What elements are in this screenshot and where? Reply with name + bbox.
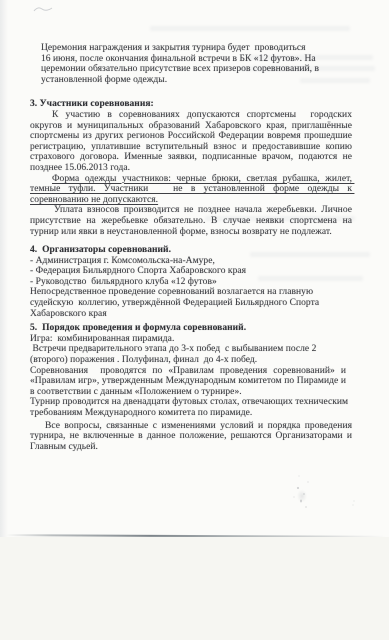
section-4-heading: 4. Организаторы соревнований. (30, 245, 352, 256)
intro-line: церемонии обязательно присутствие всех п… (41, 64, 352, 75)
document-text: Церемония награждения и закрытия турнира… (30, 43, 352, 452)
tables-line: Турнир проводится на двенадцати футовых … (30, 397, 366, 408)
section-3-paragraph-dresscode: Форма одежды участников: черные брюки, с… (30, 174, 352, 206)
intro-paragraph: Церемония награждения и закрытия турнира… (41, 43, 352, 85)
organizer-item: - Федерация Бильярдного Спорта Хабаровск… (30, 266, 352, 277)
game-line: Игра: комбинированная пирамида. (30, 334, 352, 345)
section-5-paragraph-final: Все вопросы, связанные с изменениями усл… (30, 421, 352, 453)
intro-line: Церемония награждения и закрытия турнира… (41, 43, 352, 54)
format-line: Встречи предварительного этапа до 3-х по… (30, 344, 352, 355)
scanned-document: Церемония награждения и закрытия турнира… (0, 0, 389, 640)
section-3-heading: 3. Участники соревнования: (30, 99, 352, 110)
section-5-paragraph-format: Встречи предварительного этапа до 3-х по… (30, 344, 352, 365)
organizer-item: - Руководство бильярдного клуба «12 футо… (30, 277, 352, 288)
section-4-note-line: Хабаровского края (30, 309, 352, 320)
speck-mark (352, 500, 356, 506)
intro-line: установленной форме одежды. (41, 75, 352, 86)
section-4-note: Непосредственное проведение соревнований… (30, 287, 352, 319)
section-5-paragraph-rules: Соревнования проводятся по «Правилам про… (30, 366, 346, 398)
section-4-note-line: Непосредственное проведение соревнований… (30, 287, 352, 298)
document-page: Церемония награждения и закрытия турнира… (0, 0, 389, 537)
section-3-paragraph-eligibility: К участию в соревнованиях допускаются сп… (30, 110, 352, 174)
pencil-mark (32, 1, 56, 19)
scanner-background (0, 537, 389, 640)
section-5-heading: 5. Порядок проведения и формула соревнов… (30, 323, 352, 334)
section-4-note-line: судейскую коллегию, утверждённой Федерац… (30, 298, 352, 309)
tables-line: требованиям Международного комитета по п… (30, 408, 352, 419)
section-5-paragraph-tables: Турнир проводится на двенадцати футовых … (30, 397, 352, 418)
intro-line: 16 июня, после окончания финальной встре… (41, 54, 352, 65)
bleedthrough-mark (150, 26, 350, 31)
section-3-paragraph-fees: Уплата взносов производится не позднее н… (30, 205, 352, 237)
smudge-mark (286, 470, 320, 516)
format-line: (второго) поражения . Полуфинал, финал д… (30, 355, 352, 366)
organizer-item: - Администрация г. Комсомольска-на-Амуре… (30, 256, 352, 267)
